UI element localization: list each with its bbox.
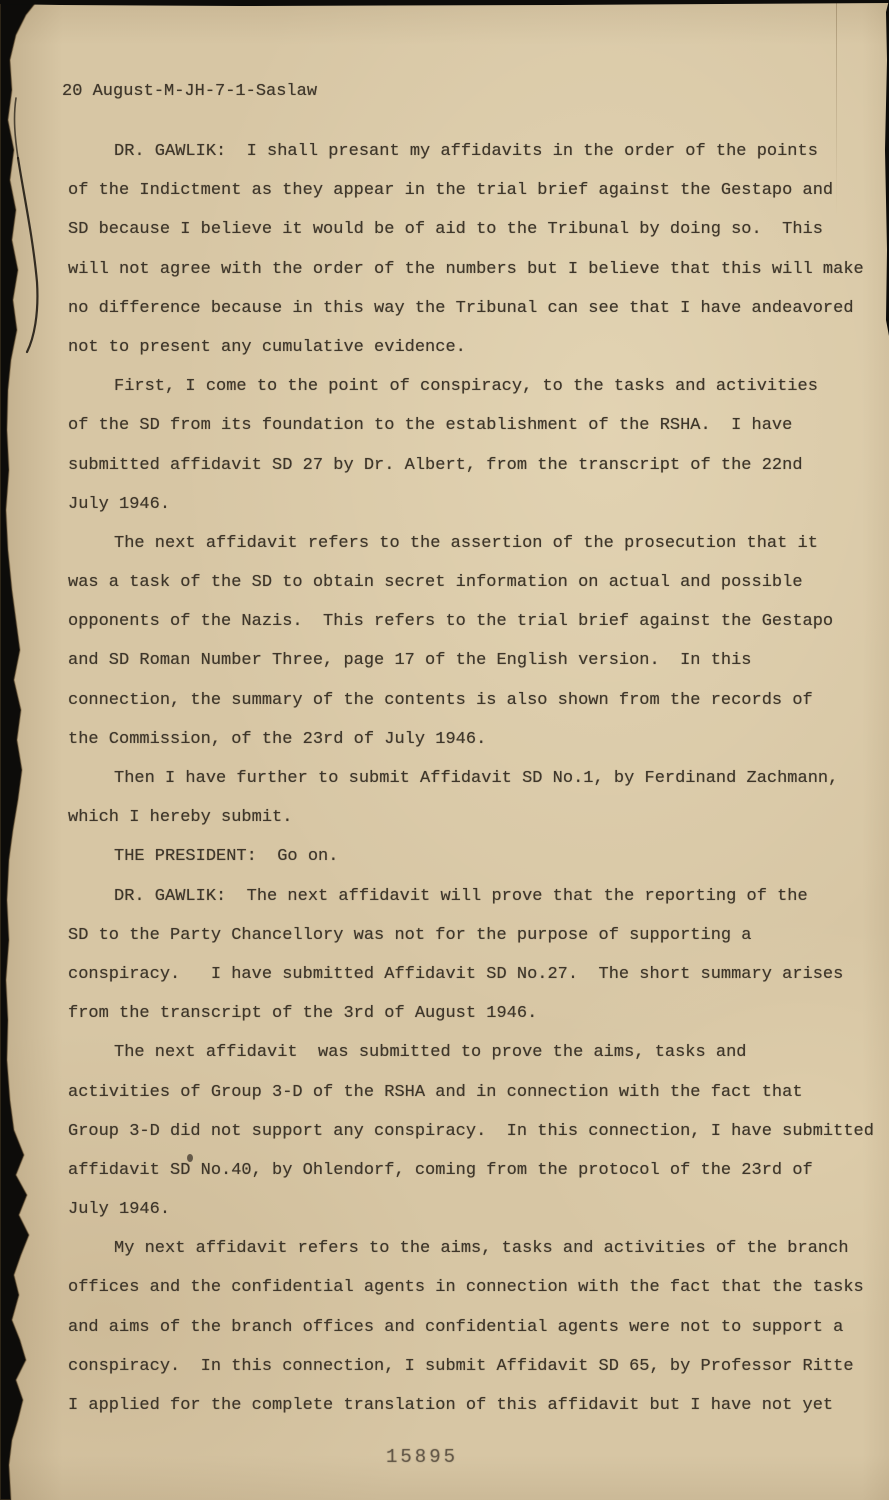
text-line: THE PRESIDENT: Go on. — [68, 837, 886, 876]
text-line: My next affidavit refers to the aims, ta… — [68, 1229, 886, 1268]
text-line: affidavit SD No.40, by Ohlendorf, coming… — [68, 1151, 886, 1190]
text-line: activities of Group 3-D of the RSHA and … — [68, 1073, 886, 1112]
text-line: opponents of the Nazis. This refers to t… — [68, 602, 886, 641]
text-line: conspiracy. I have submitted Affidavit S… — [68, 955, 886, 994]
typewritten-text: DR. GAWLIK: I shall presant my affidavit… — [68, 132, 886, 1425]
text-line: SD to the Party Chancellory was not for … — [68, 916, 886, 955]
text-line: DR. GAWLIK: The next affidavit will prov… — [68, 877, 886, 916]
text-line: offices and the confidential agents in c… — [68, 1268, 886, 1307]
text-line: will not agree with the order of the num… — [68, 250, 886, 289]
text-line: the Commission, of the 23rd of July 1946… — [68, 720, 886, 759]
text-line: not to present any cumulative evidence. — [68, 328, 886, 367]
text-line: Then I have further to submit Affidavit … — [68, 759, 886, 798]
text-line: and aims of the branch offices and confi… — [68, 1308, 886, 1347]
text-line: of the SD from its foundation to the est… — [68, 406, 886, 445]
text-line: Group 3-D did not support any conspiracy… — [68, 1112, 886, 1151]
text-line: The next affidavit was submitted to prov… — [68, 1033, 886, 1072]
text-line: July 1946. — [68, 1190, 886, 1229]
page-header-reference: 20 August-M-JH-7-1-Saslaw — [62, 82, 317, 101]
text-line: First, I come to the point of conspiracy… — [68, 367, 886, 406]
text-line: which I hereby submit. — [68, 798, 886, 837]
scanned-document-page: { "page": { "kind": "typewritten transcr… — [0, 0, 889, 1500]
text-line: no difference because in this way the Tr… — [68, 289, 886, 328]
page-number: 15895 — [386, 1446, 458, 1468]
text-line: The next affidavit refers to the asserti… — [68, 524, 886, 563]
text-line: connection, the summary of the contents … — [68, 681, 886, 720]
text-line: July 1946. — [68, 485, 886, 524]
text-line: I applied for the complete translation o… — [68, 1386, 886, 1425]
text-line: DR. GAWLIK: I shall presant my affidavit… — [68, 132, 886, 171]
paper-sheet: 20 August-M-JH-7-1-Saslaw DR. GAWLIK: I … — [0, 0, 889, 1500]
text-line: submitted affidavit SD 27 by Dr. Albert,… — [68, 446, 886, 485]
text-line: conspiracy. In this connection, I submit… — [68, 1347, 886, 1386]
text-line: was a task of the SD to obtain secret in… — [68, 563, 886, 602]
text-line: and SD Roman Number Three, page 17 of th… — [68, 641, 886, 680]
text-line: from the transcript of the 3rd of August… — [68, 994, 886, 1033]
text-line: of the Indictment as they appear in the … — [68, 171, 886, 210]
text-line: SD because I believe it would be of aid … — [68, 210, 886, 249]
